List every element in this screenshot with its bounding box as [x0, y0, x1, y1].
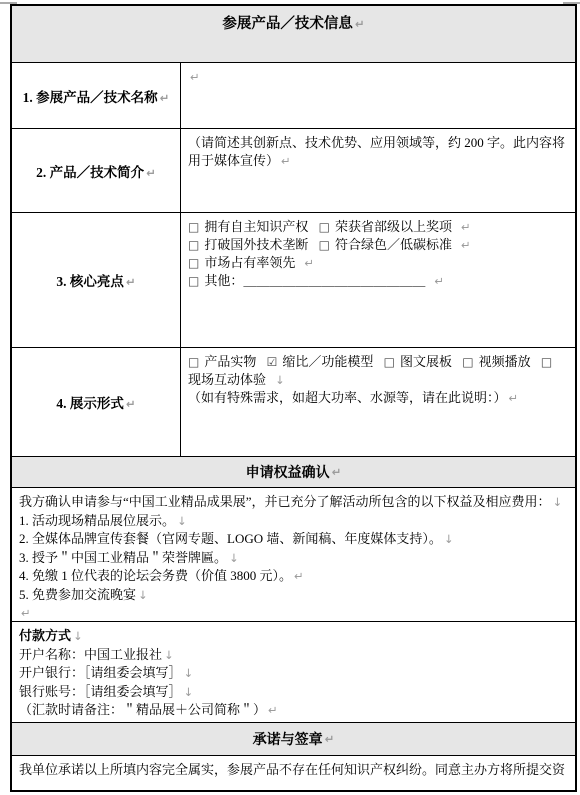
checkbox-icon[interactable]: □: [462, 355, 473, 369]
rights-line: 2. 全媒体品牌宣传套餐（官网专题、LOGO 墙、新闻稿、年度媒体支持）。↓: [19, 530, 570, 549]
rights-line: 5. 免费参加交流晚宴↓: [19, 586, 570, 605]
checkbox-label: 视频播放: [479, 354, 531, 369]
linebreak-mark: ↓: [229, 551, 239, 565]
linebreak-mark: ↓: [177, 514, 187, 528]
payment-line-account-name: 开户名称：中国工业报社↓: [19, 646, 570, 665]
pilcrow-mark: ↵: [21, 606, 31, 620]
option-line: □其他：＿＿＿＿＿＿＿＿＿＿＿＿＿＿↵: [188, 272, 570, 290]
pilcrow-mark: ↵: [190, 70, 200, 84]
pilcrow-mark: ↵: [332, 465, 342, 479]
linebreak-mark: ↓: [73, 629, 83, 643]
section-title: 参展产品／技术信息: [222, 16, 353, 32]
pilcrow-mark: ↵: [325, 732, 335, 746]
linebreak-mark: ↓: [184, 685, 194, 699]
row-label-core-highlights: 3. 核心亮点↵: [12, 213, 181, 347]
pilcrow-mark: ↵: [509, 391, 519, 405]
checkbox-label: 其他：＿＿＿＿＿＿＿＿＿＿＿＿＿＿: [204, 273, 425, 288]
checkbox-graphic-display-board[interactable]: □图文展板: [384, 354, 452, 369]
pilcrow-mark: ↵: [434, 274, 444, 288]
checkbox-physical-product[interactable]: □产品实物: [188, 354, 256, 369]
rights-line: 我方确认申请参与“中国工业精品成果展”，并已充分了解活动所包含的以下权益及相应费…: [19, 493, 570, 512]
rights-section-header: 申请权益确认↵: [12, 456, 575, 487]
checkbox-icon[interactable]: □: [188, 220, 199, 234]
pilcrow-mark: ↵: [461, 238, 471, 252]
intro-hint-text: （请简述其创新点、技术优势、应用领域等，约 200 字。此内容将用于媒体宣传）: [188, 135, 565, 168]
linebreak-mark: ↓: [275, 373, 285, 387]
pilcrow-mark: ↵: [355, 17, 365, 31]
checkbox-label: 产品实物: [204, 354, 256, 369]
payment-line-account-number: 银行账号：［请组委会填写］↓: [19, 683, 570, 702]
payment-title-line: 付款方式↓: [19, 627, 570, 646]
pledge-text: 我单位承诺以上所填内容完全属实，参展产品不存在任何知识产权纠纷。同意主办方将所提…: [19, 761, 570, 779]
note-text: （如有特殊需求，如超大功率、水源等，请在此说明：）: [188, 390, 507, 405]
checkbox-scale-functional-model[interactable]: ☑缩比／功能模型: [267, 354, 374, 369]
checkbox-label: 荣获省部级以上奖项: [335, 219, 452, 234]
checkbox-icon[interactable]: □: [541, 355, 552, 369]
checkbox-label: 图文展板: [400, 354, 452, 369]
option-line: □打破国外技术垄断 □符合绿色／低碳标准↵: [188, 236, 570, 254]
pilcrow-mark: ↵: [160, 91, 170, 105]
checkbox-label: 拥有自主知识产权: [204, 219, 308, 234]
row-label-product-name: 1. 参展产品／技术名称↵: [12, 63, 181, 128]
linebreak-mark: ↓: [138, 588, 148, 602]
payment-info-cell: 付款方式↓ 开户名称：中国工业报社↓ 开户银行：［请组委会填写］↓ 银行账号：［…: [12, 621, 575, 722]
row-label-text: 2. 产品／技术简介: [36, 165, 144, 180]
pledge-section-header: 承诺与签章↵: [12, 722, 575, 755]
table-row: 4. 展示形式↵ □产品实物 ☑缩比／功能模型 □图文展板 □视频播放 □现场互…: [12, 347, 575, 456]
rights-line: 3. 授予＂中国工业精品＂荣誉牌匾。↓: [19, 549, 570, 568]
checkbox-break-foreign-monopoly[interactable]: □打破国外技术垄断: [188, 237, 308, 252]
checkbox-icon[interactable]: □: [319, 238, 330, 252]
checkbox-icon[interactable]: □: [188, 355, 199, 369]
pilcrow-mark: ↵: [268, 703, 278, 717]
checkbox-other[interactable]: □其他：＿＿＿＿＿＿＿＿＿＿＿＿＿＿: [188, 273, 425, 288]
rights-line: 4. 免缴 1 位代表的论坛会务费（价值 3800 元）。↵: [19, 567, 570, 586]
pilcrow-mark: ↵: [126, 397, 136, 411]
checkbox-checked-icon[interactable]: ☑: [267, 355, 278, 369]
row-label-text: 4. 展示形式: [56, 396, 124, 411]
checkbox-icon[interactable]: □: [188, 256, 199, 270]
checkbox-label: 打破国外技术垄断: [204, 237, 308, 252]
pilcrow-mark: ↵: [126, 275, 136, 289]
section-header-text: 申请权益确认: [246, 462, 330, 482]
row-label-text: 3. 核心亮点: [56, 274, 124, 289]
checkbox-label: 市场占有率领先: [204, 255, 295, 270]
display-format-options-cell: □产品实物 ☑缩比／功能模型 □图文展板 □视频播放 □现场互动体验↓ （如有特…: [181, 348, 575, 456]
linebreak-mark: ↓: [164, 648, 174, 662]
pledge-text-cell: 我单位承诺以上所填内容完全属实，参展产品不存在任何知识产权纠纷。同意主办方将所提…: [12, 755, 575, 790]
checkbox-label: 符合绿色／低碳标准: [335, 237, 452, 252]
checkbox-provincial-award[interactable]: □荣获省部级以上奖项: [319, 219, 452, 234]
rights-confirmation-cell: 我方确认申请参与“中国工业精品成果展”，并已充分了解活动所包含的以下权益及相应费…: [12, 487, 575, 621]
row-label-product-intro: 2. 产品／技术简介↵: [12, 129, 181, 212]
checkbox-green-lowcarbon[interactable]: □符合绿色／低碳标准: [319, 237, 452, 252]
rights-line: ↵: [19, 604, 570, 623]
option-line: □拥有自主知识产权 □荣获省部级以上奖项↵: [188, 218, 570, 236]
checkbox-video-playback[interactable]: □视频播放: [462, 354, 530, 369]
payment-line-bank: 开户银行：［请组委会填写］↓: [19, 664, 570, 683]
checkbox-own-ip[interactable]: □拥有自主知识产权: [188, 219, 308, 234]
product-name-input-cell[interactable]: ↵: [181, 63, 575, 128]
row-label-text: 1. 参展产品／技术名称: [23, 90, 158, 105]
option-line: □产品实物 ☑缩比／功能模型 □图文展板 □视频播放 □现场互动体验↓: [188, 353, 570, 389]
pilcrow-mark: ↵: [304, 256, 314, 270]
table-row: 1. 参展产品／技术名称↵ ↵: [12, 62, 575, 128]
pilcrow-mark: ↵: [146, 166, 156, 180]
linebreak-mark: ↓: [184, 666, 194, 680]
section-header-text: 承诺与签章: [253, 729, 323, 749]
word-document-page: 参展产品／技术信息↵ 1. 参展产品／技术名称↵ ↵ 2. 产品／技术简介↵ （…: [0, 0, 580, 795]
checkbox-label: 现场互动体验: [188, 372, 266, 387]
checkbox-icon[interactable]: □: [319, 220, 330, 234]
linebreak-mark: ↓: [553, 495, 563, 509]
payment-title: 付款方式: [19, 628, 71, 643]
payment-line-remark: （汇款时请备注：＂精品展＋公司简称＂）↵: [19, 701, 570, 720]
section-title-row: 参展产品／技术信息↵: [12, 6, 575, 62]
checkbox-icon[interactable]: □: [188, 274, 199, 288]
table-row: 2. 产品／技术简介↵ （请简述其创新点、技术优势、应用领域等，约 200 字。…: [12, 128, 575, 212]
linebreak-mark: ↓: [444, 532, 454, 546]
pilcrow-mark: ↵: [461, 220, 471, 234]
option-line: □市场占有率领先↵: [188, 254, 570, 272]
checkbox-icon[interactable]: □: [384, 355, 395, 369]
table-row: 3. 核心亮点↵ □拥有自主知识产权 □荣获省部级以上奖项↵ □打破国外技术垄断…: [12, 212, 575, 347]
checkbox-label: 缩比／功能模型: [282, 354, 373, 369]
pilcrow-mark: ↵: [294, 569, 304, 583]
pilcrow-mark: ↵: [281, 154, 291, 168]
product-intro-input-cell[interactable]: （请简述其创新点、技术优势、应用领域等，约 200 字。此内容将用于媒体宣传）↵: [181, 129, 575, 212]
checkbox-market-share-leader[interactable]: □市场占有率领先: [188, 255, 295, 270]
checkbox-icon[interactable]: □: [188, 238, 199, 252]
special-needs-note: （如有特殊需求，如超大功率、水源等，请在此说明：）↵: [188, 389, 570, 407]
core-highlights-options-cell: □拥有自主知识产权 □荣获省部级以上奖项↵ □打破国外技术垄断 □符合绿色／低碳…: [181, 213, 575, 347]
exhibition-form-table: 参展产品／技术信息↵ 1. 参展产品／技术名称↵ ↵ 2. 产品／技术简介↵ （…: [10, 4, 577, 792]
rights-line: 1. 活动现场精品展位展示。↓: [19, 512, 570, 531]
row-label-display-format: 4. 展示形式↵: [12, 348, 181, 456]
